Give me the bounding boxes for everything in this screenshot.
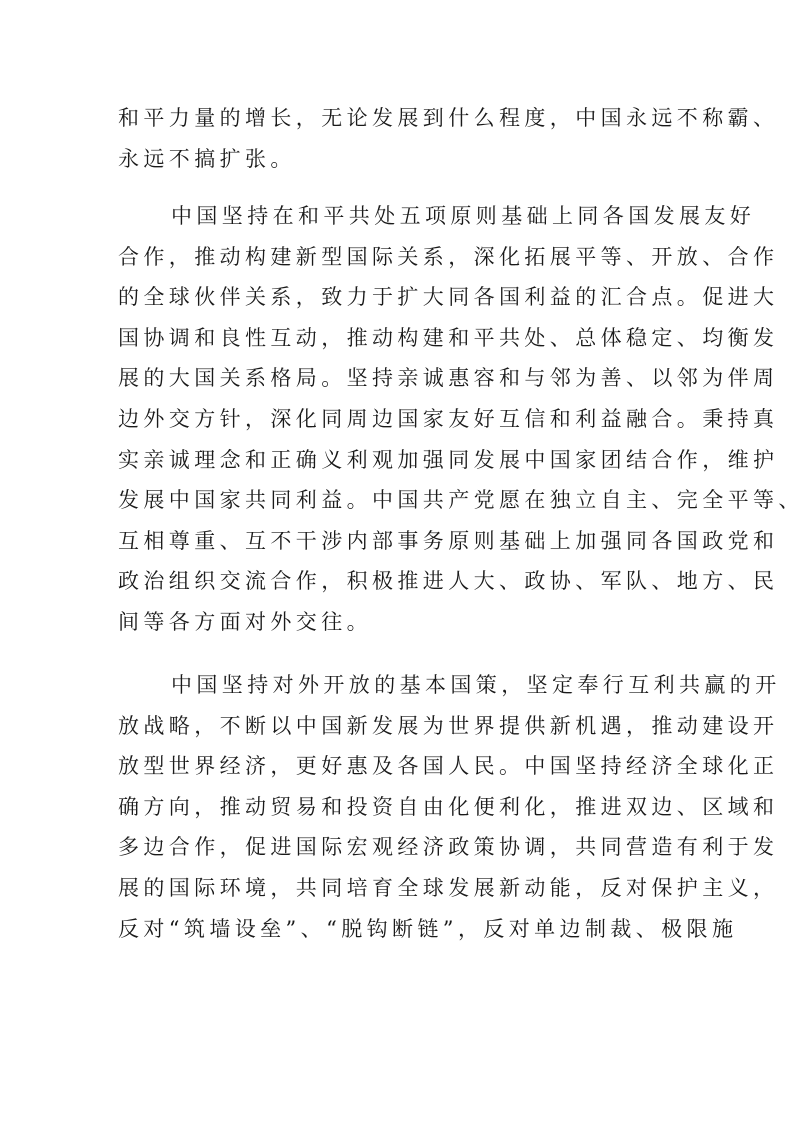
text-line: 和平力量的增长，无论发展到什么程度，中国永远不称霸、 bbox=[118, 98, 682, 139]
text-line: 实亲诚理念和正确义利观加强同发展中国家团结合作，维护 bbox=[118, 440, 682, 481]
document-page: 和平力量的增长，无论发展到什么程度，中国永远不称霸、 永远不搞扩张。 中国坚持在… bbox=[0, 0, 800, 1131]
text-line: 政治组织交流合作，积极推进人大、政协、军队、地方、民 bbox=[118, 561, 682, 602]
text-line: 确方向，推动贸易和投资自由化便利化，推进双边、区域和 bbox=[118, 787, 682, 828]
text-line: 国协调和良性互动，推动构建和平共处、总体稳定、均衡发 bbox=[118, 318, 682, 359]
text-line: 互相尊重、互不干涉内部事务原则基础上加强同各国政党和 bbox=[118, 521, 682, 562]
text-line: 永远不搞扩张。 bbox=[118, 139, 682, 180]
text-line: 的全球伙伴关系，致力于扩大同各国利益的汇合点。促进大 bbox=[118, 277, 682, 318]
paragraph-1: 和平力量的增长，无论发展到什么程度，中国永远不称霸、 永远不搞扩张。 bbox=[118, 98, 682, 179]
text-line: 多边合作，促进国际宏观经济政策协调，共同营造有利于发 bbox=[118, 827, 682, 868]
text-line: 放战略，不断以中国新发展为世界提供新机遇，推动建设开 bbox=[118, 706, 682, 747]
text-line: 中国坚持在和平共处五项原则基础上同各国发展友好 bbox=[118, 196, 682, 237]
paragraph-2: 中国坚持在和平共处五项原则基础上同各国发展友好 合作，推动构建新型国际关系，深化… bbox=[118, 196, 682, 643]
text-line: 发展中国家共同利益。中国共产党愿在独立自主、完全平等、 bbox=[118, 480, 682, 521]
text-line: 合作，推动构建新型国际关系，深化拓展平等、开放、合作 bbox=[118, 237, 682, 278]
text-line: 间等各方面对外交往。 bbox=[118, 602, 682, 643]
paragraph-3: 中国坚持对外开放的基本国策，坚定奉行互利共赢的开 放战略，不断以中国新发展为世界… bbox=[118, 665, 682, 949]
text-line: 边外交方针，深化同周边国家友好互信和利益融合。秉持真 bbox=[118, 399, 682, 440]
text-line: 展的大国关系格局。坚持亲诚惠容和与邻为善、以邻为伴周 bbox=[118, 358, 682, 399]
text-line: 反对“筑墙设垒”、“脱钩断链”，反对单边制裁、极限施 bbox=[118, 909, 682, 950]
text-line: 中国坚持对外开放的基本国策，坚定奉行互利共赢的开 bbox=[118, 665, 682, 706]
text-line: 展的国际环境，共同培育全球发展新动能，反对保护主义， bbox=[118, 868, 682, 909]
text-line: 放型世界经济，更好惠及各国人民。中国坚持经济全球化正 bbox=[118, 746, 682, 787]
